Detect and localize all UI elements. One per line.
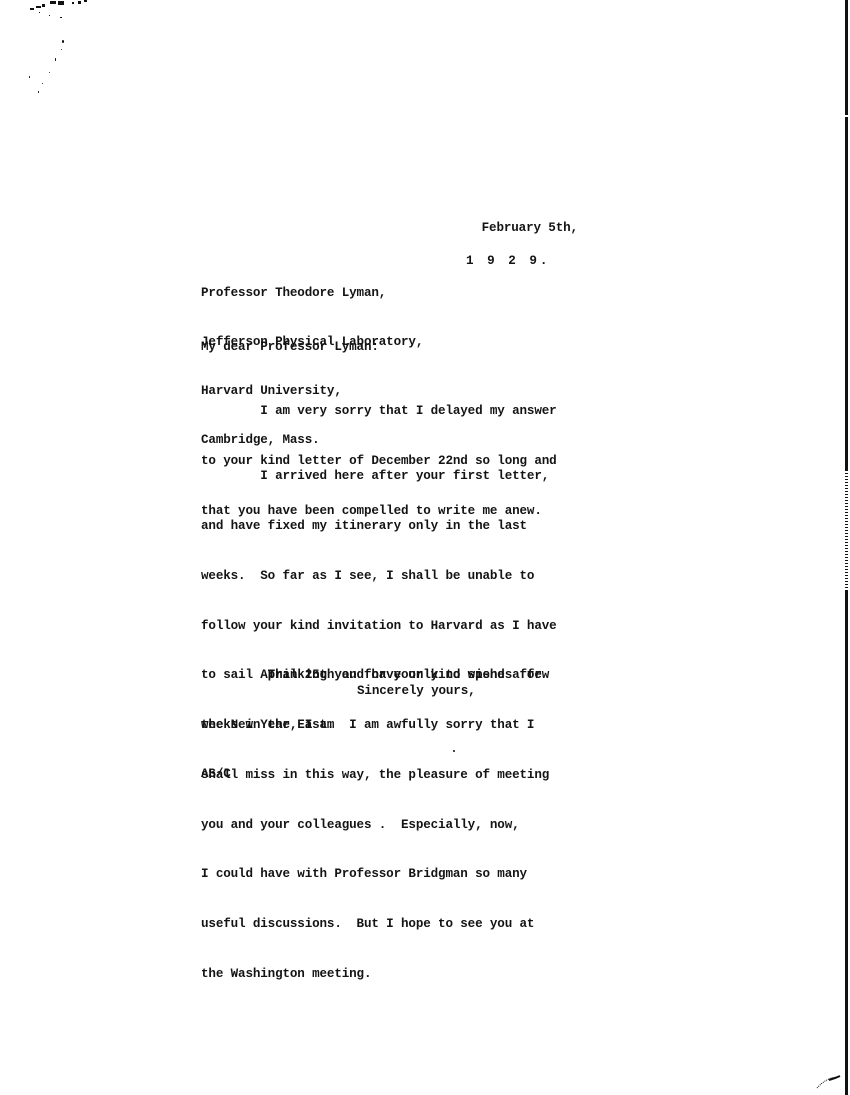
scan-speck: [42, 83, 43, 84]
text-line: I arrived here after your first letter,: [201, 468, 557, 485]
scan-speck: [38, 91, 39, 93]
text-line: and have fixed my itinerary only in the …: [201, 518, 557, 535]
text-line: weeks. So far as I see, I shall be unabl…: [201, 568, 557, 585]
closing: Sincerely yours,: [357, 683, 476, 700]
letter-page: February 5th, 1 9 2 9. Professor Theodor…: [0, 0, 850, 1095]
text-line: Thanking you for your kind wishes for: [201, 667, 542, 684]
scan-edge-gap: [845, 115, 848, 117]
scan-speck: [55, 58, 56, 61]
scan-smudge-bottom-right: [815, 1072, 843, 1090]
scan-speck: [61, 49, 62, 50]
text-line: shall miss in this way, the pleasure of …: [201, 767, 557, 784]
recipient-name: Professor Theodore Lyman,: [201, 285, 423, 301]
date-year: 1 9 2 9.: [452, 253, 578, 270]
salutation: My dear Professor Lyman:: [201, 339, 379, 356]
text-line: the New Year, I am: [201, 717, 542, 734]
text-line: I am very sorry that I delayed my answer: [201, 403, 557, 420]
text-line: the Washington meeting.: [201, 966, 557, 983]
text-line: I could have with Professor Bridgman so …: [201, 866, 557, 883]
body-paragraph-3: Thanking you for your kind wishes for th…: [201, 634, 542, 767]
text-line: you and your colleagues . Especially, no…: [201, 817, 557, 834]
date-line: February 5th,: [482, 221, 578, 235]
scan-smudge-top-left: [28, 0, 92, 20]
scan-speck: [29, 76, 30, 78]
text-line: follow your kind invitation to Harvard a…: [201, 618, 557, 635]
typist-initials: AS/C: [201, 766, 231, 783]
letter-date: February 5th, 1 9 2 9.: [452, 203, 578, 303]
scan-speck: [49, 72, 50, 73]
scan-edge-gap: [845, 470, 848, 590]
text-line: useful discussions. But I hope to see yo…: [201, 916, 557, 933]
scan-speck: [62, 40, 64, 43]
